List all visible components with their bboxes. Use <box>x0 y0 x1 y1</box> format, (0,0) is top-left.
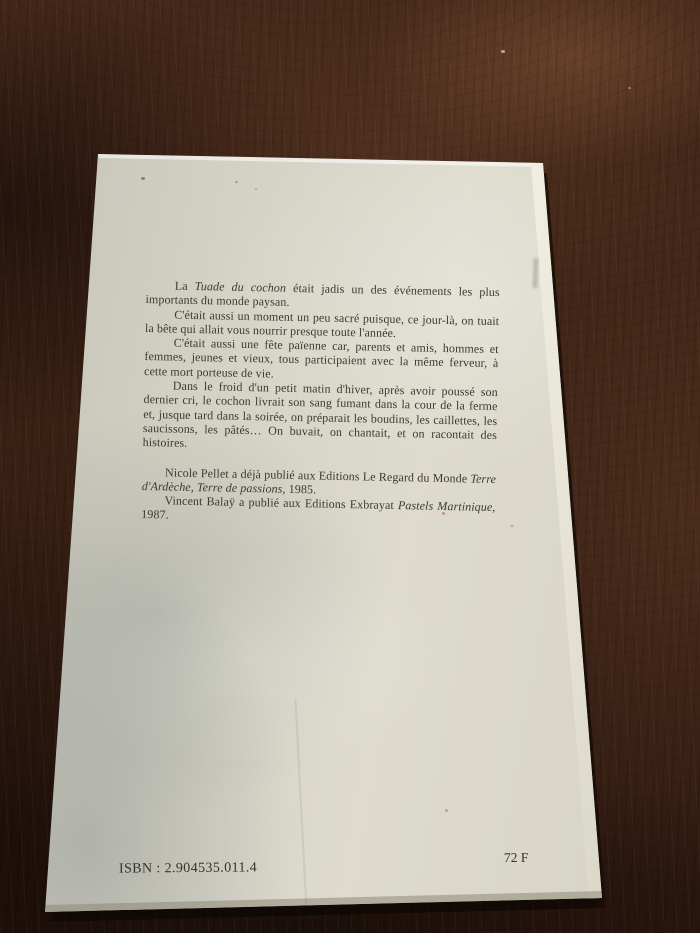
cover-speck <box>255 188 257 190</box>
wood-speck <box>628 87 631 89</box>
book-back-cover: La Tuade du cochon était jadis un des év… <box>45 154 602 918</box>
cover-shading <box>45 154 602 918</box>
blurb-text-block: La Tuade du cochon était jadis un des év… <box>143 278 500 457</box>
cover-speck <box>235 181 238 183</box>
back-cover-text: La Tuade du cochon était jadis un des év… <box>141 278 500 529</box>
cover-speck <box>141 177 145 180</box>
blurb-paragraph: Dans le froid d'un petit matin d'hiver, … <box>143 378 498 457</box>
fore-edge-smudge <box>532 258 538 288</box>
authors-bio-block: Nicole Pellet a déjà publié aux Editions… <box>141 465 496 529</box>
cover-speck <box>510 525 514 527</box>
blurb-paragraph: C'était aussi une fête païenne car, pare… <box>144 335 499 385</box>
cover-crease <box>294 699 307 911</box>
pages-fore-edge <box>45 154 602 918</box>
wood-speck <box>501 50 505 53</box>
price-text: 72 F <box>504 850 529 866</box>
cover-speck <box>445 809 448 812</box>
photo-scene: La Tuade du cochon était jadis un des év… <box>0 0 700 933</box>
bio-paragraph: Vincent Balaÿ a publié aux Editions Exbr… <box>141 493 496 529</box>
isbn-text: ISBN : 2.904535.011.4 <box>119 860 257 877</box>
pages-bottom-edge <box>45 154 602 918</box>
cover-top-edge-highlight <box>45 154 602 918</box>
